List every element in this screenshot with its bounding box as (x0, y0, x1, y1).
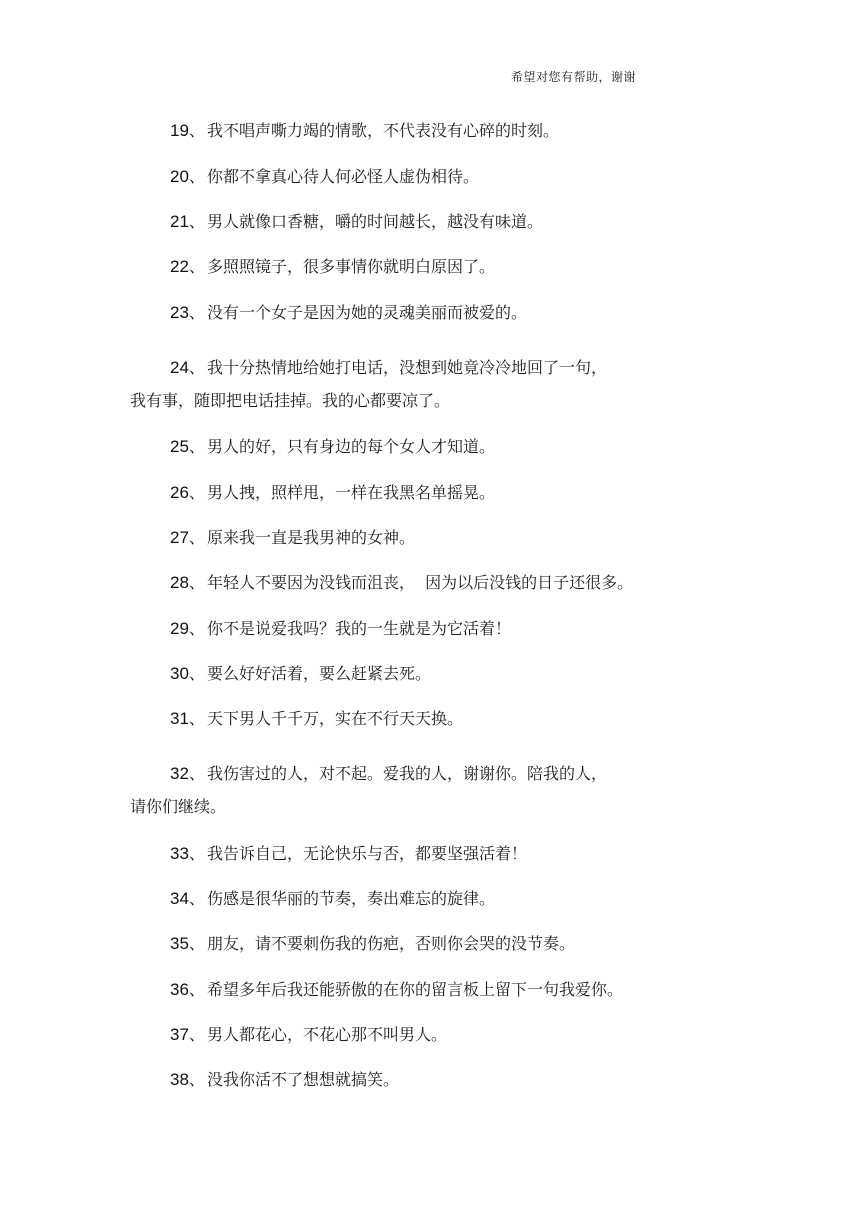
item-text: 没我你活不了想想就搞笑。 (207, 1070, 399, 1089)
item-separator: 、 (189, 437, 205, 456)
item-text: 你不是说爱我吗？我的一生就是为它活着！ (207, 619, 511, 638)
item-separator: 、 (189, 764, 205, 783)
item-text: 我伤害过的人，对不起。爱我的人，谢谢你。陪我的人， (207, 764, 607, 783)
list-item: 34、伤感是很华丽的节奏，奏出难忘的旋律。 (170, 888, 495, 910)
list-item: 32、我伤害过的人，对不起。爱我的人，谢谢你。陪我的人， (170, 763, 607, 785)
item-text: 男人的好，只有身边的每个女人才知道。 (207, 437, 495, 456)
item-separator: 、 (189, 358, 205, 377)
list-item: 21、男人就像口香糖，嚼的时间越长，越没有味道。 (170, 211, 543, 233)
item-text: 男人就像口香糖，嚼的时间越长，越没有味道。 (207, 212, 543, 231)
item-separator: 、 (189, 573, 205, 592)
item-number: 34 (170, 889, 189, 908)
item-text: 原来我一直是我男神的女神。 (207, 528, 415, 547)
item-text: 你都不拿真心待人何必怪人虚伪相待。 (207, 167, 479, 186)
item-text: 我告诉自己，无论快乐与否，都要坚强活着！ (207, 844, 527, 863)
list-item: 35、朋友，请不要刺伤我的伤疤，否则你会哭的没节奏。 (170, 933, 575, 955)
list-item: 33、我告诉自己，无论快乐与否，都要坚强活着！ (170, 843, 527, 865)
item-separator: 、 (189, 528, 205, 547)
item-number: 19 (170, 121, 189, 140)
item-number: 21 (170, 212, 189, 231)
item-separator: 、 (189, 257, 205, 276)
item-number: 27 (170, 528, 189, 547)
list-item: 27、原来我一直是我男神的女神。 (170, 527, 415, 549)
list-item: 26、男人拽，照样甩，一样在我黑名单摇晃。 (170, 482, 495, 504)
item-number: 36 (170, 980, 189, 999)
item-separator: 、 (189, 664, 205, 683)
item-separator: 、 (189, 889, 205, 908)
item-number: 26 (170, 483, 189, 502)
item-text: 多照照镜子，很多事情你就明白原因了。 (207, 257, 495, 276)
item-separator: 、 (189, 1070, 205, 1089)
item-text: 年轻人不要因为没钱而沮丧， 因为以后没钱的日子还很多。 (207, 573, 633, 592)
item-text: 我不唱声嘶力竭的情歌，不代表没有心碎的时刻。 (207, 121, 559, 140)
item-separator: 、 (189, 212, 205, 231)
item-separator: 、 (189, 619, 205, 638)
item-text: 朋友，请不要刺伤我的伤疤，否则你会哭的没节奏。 (207, 934, 575, 953)
list-item-continuation: 我有事，随即把电话挂掉。我的心都要凉了。 (130, 390, 450, 412)
item-text: 天下男人千千万，实在不行天天换。 (207, 709, 463, 728)
list-item: 22、多照照镜子，很多事情你就明白原因了。 (170, 256, 495, 278)
item-number: 29 (170, 619, 189, 638)
list-item: 29、你不是说爱我吗？我的一生就是为它活着！ (170, 618, 511, 640)
item-separator: 、 (189, 709, 205, 728)
item-number: 32 (170, 764, 189, 783)
item-text: 我十分热情地给她打电话，没想到她竟冷冷地回了一句， (207, 358, 607, 377)
item-number: 25 (170, 437, 189, 456)
item-separator: 、 (189, 934, 205, 953)
item-number: 33 (170, 844, 189, 863)
list-item: 23、没有一个女子是因为她的灵魂美丽而被爱的。 (170, 302, 527, 324)
item-separator: 、 (189, 167, 205, 186)
item-separator: 、 (189, 303, 205, 322)
list-item-continuation: 请你们继续。 (130, 796, 226, 818)
list-item: 24、我十分热情地给她打电话，没想到她竟冷冷地回了一句， (170, 357, 607, 379)
item-separator: 、 (189, 844, 205, 863)
item-text: 男人都花心，不花心那不叫男人。 (207, 1025, 447, 1044)
list-item: 30、要么好好活着，要么赶紧去死。 (170, 663, 431, 685)
list-item: 28、年轻人不要因为没钱而沮丧， 因为以后没钱的日子还很多。 (170, 572, 633, 594)
item-text: 要么好好活着，要么赶紧去死。 (207, 664, 431, 683)
list-item: 25、男人的好，只有身边的每个女人才知道。 (170, 436, 495, 458)
list-item: 36、希望多年后我还能骄傲的在你的留言板上留下一句我爱你。 (170, 979, 623, 1001)
item-number: 20 (170, 167, 189, 186)
item-text: 男人拽，照样甩，一样在我黑名单摇晃。 (207, 483, 495, 502)
item-number: 30 (170, 664, 189, 683)
item-number: 31 (170, 709, 189, 728)
item-number: 22 (170, 257, 189, 276)
item-text: 希望多年后我还能骄傲的在你的留言板上留下一句我爱你。 (207, 980, 623, 999)
list-item: 19、我不唱声嘶力竭的情歌，不代表没有心碎的时刻。 (170, 120, 559, 142)
item-number: 24 (170, 358, 189, 377)
item-number: 35 (170, 934, 189, 953)
item-separator: 、 (189, 121, 205, 140)
list-item: 20、你都不拿真心待人何必怪人虚伪相待。 (170, 166, 479, 188)
list-item: 37、男人都花心，不花心那不叫男人。 (170, 1024, 447, 1046)
item-text: 没有一个女子是因为她的灵魂美丽而被爱的。 (207, 303, 527, 322)
item-number: 37 (170, 1025, 189, 1044)
item-number: 23 (170, 303, 189, 322)
item-number: 38 (170, 1070, 189, 1089)
item-separator: 、 (189, 483, 205, 502)
item-text: 伤感是很华丽的节奏，奏出难忘的旋律。 (207, 889, 495, 908)
list-item: 38、没我你活不了想想就搞笑。 (170, 1069, 399, 1091)
list-item: 31、天下男人千千万，实在不行天天换。 (170, 708, 463, 730)
item-separator: 、 (189, 1025, 205, 1044)
item-separator: 、 (189, 980, 205, 999)
item-number: 28 (170, 573, 189, 592)
page-header-note: 希望对您有帮助，谢谢 (511, 68, 636, 85)
